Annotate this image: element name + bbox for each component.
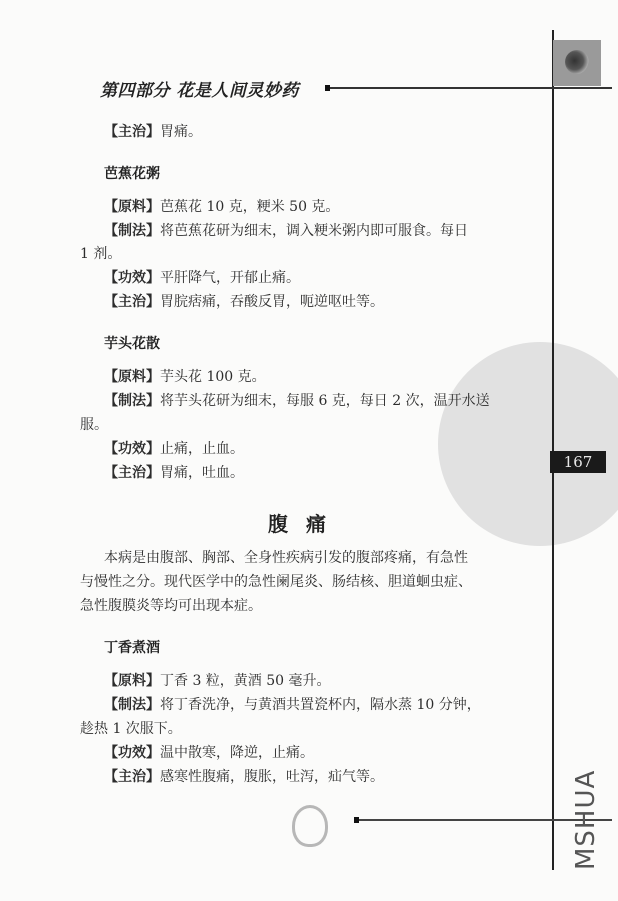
efficacy-line: 【功效】平肝降气，开郁止痛。 (104, 267, 300, 287)
indication-line: 【主治】胃痛。 (104, 121, 202, 141)
recipe-title: 芋头花散 (104, 333, 160, 353)
efficacy-line: 【功效】温中散寒，降逆，止痛。 (104, 742, 314, 762)
indication-line: 【主治】胃脘痞痛，吞酸反胃，呃逆呕吐等。 (104, 291, 384, 311)
watermark: MSHUA (571, 770, 601, 870)
running-head: 第四部分 花是人间灵妙药 (100, 76, 299, 101)
indication-line: 【主治】胃痛，吐血。 (104, 462, 244, 482)
decorative-circle (438, 342, 618, 546)
header-rule (330, 87, 612, 89)
margin-rule (552, 30, 554, 870)
method-line-cont: 服。 (80, 414, 108, 434)
paragraph-line: 急性腹膜炎等均可出现本症。 (80, 595, 262, 615)
recipe-title: 丁香煮酒 (104, 637, 160, 657)
paragraph-line: 与慢性之分。现代医学中的急性阑尾炎、肠结核、胆道蛔虫症、 (80, 571, 472, 591)
section-title: 腹痛 (268, 508, 344, 537)
method-line-cont: 趁热 1 次服下。 (80, 718, 182, 738)
recipe-title: 芭蕉花粥 (104, 163, 160, 183)
method-line: 【制法】将芋头花研为细末，每服 6 克，每日 2 次，温开水送 (104, 390, 490, 410)
method-line: 【制法】将芭蕉花研为细末，调入粳米粥内即可服食。每日 (104, 220, 468, 240)
ingredients-line: 【原料】芭蕉花 10 克，粳米 50 克。 (104, 196, 339, 216)
method-line-cont: 1 剂。 (80, 243, 121, 263)
ingredients-line: 【原料】丁香 3 粒，黄酒 50 毫升。 (104, 670, 331, 690)
paragraph-line: 本病是由腹部、胸部、全身性疾病引发的腹部疼痛，有急性 (104, 547, 468, 567)
indication-line: 【主治】感寒性腹痛，腹胀，吐泻，疝气等。 (104, 766, 384, 786)
page-number: 167 (550, 451, 606, 473)
ingredients-line: 【原料】芋头花 100 克。 (104, 366, 266, 386)
corner-shell-icon (553, 40, 601, 86)
method-line: 【制法】将丁香洗净，与黄酒共置瓷杯内，隔水蒸 10 分钟， (104, 694, 481, 714)
footer-ornament-icon (292, 805, 328, 847)
efficacy-line: 【功效】止痛，止血。 (104, 438, 244, 458)
